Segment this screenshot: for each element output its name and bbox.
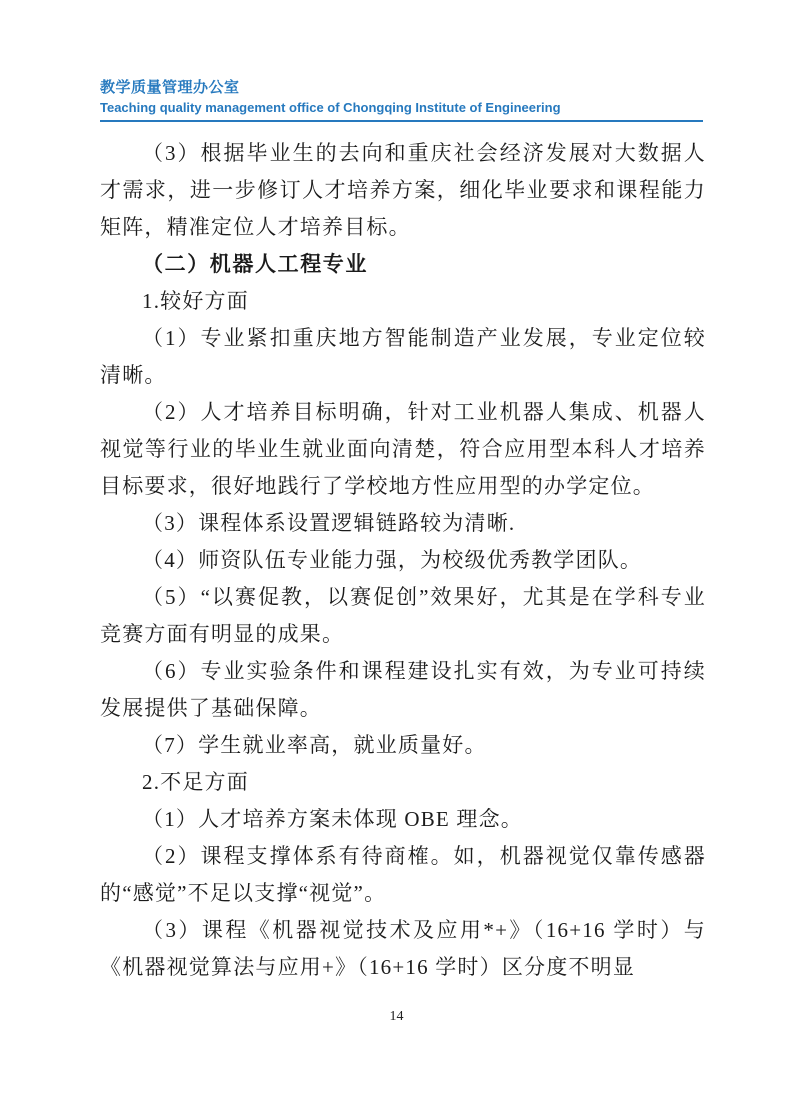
paragraph: （3）课程体系设置逻辑链路较为清晰. xyxy=(100,505,706,542)
paragraph: （2）人才培养目标明确，针对工业机器人集成、机器人视觉等行业的毕业生就业面向清楚… xyxy=(100,394,706,505)
section-heading: （二）机器人工程专业 xyxy=(100,246,706,283)
document-header: 教学质量管理办公室 Teaching quality management of… xyxy=(100,79,703,122)
paragraph: （3）课程《机器视觉技术及应用*+》（16+16 学时）与《机器视觉算法与应用+… xyxy=(100,912,706,986)
paragraph: （1）人才培养方案未体现 OBE 理念。 xyxy=(100,801,706,838)
subsection-heading: 1.较好方面 xyxy=(100,283,706,320)
paragraph: （6）专业实验条件和课程建设扎实有效，为专业可持续发展提供了基础保障。 xyxy=(100,653,706,727)
header-title-cn: 教学质量管理办公室 xyxy=(100,79,703,97)
paragraph: （3）根据毕业生的去向和重庆社会经济发展对大数据人才需求，进一步修订人才培养方案… xyxy=(100,135,706,246)
paragraph: （4）师资队伍专业能力强，为校级优秀教学团队。 xyxy=(100,542,706,579)
document-page: 教学质量管理办公室 Teaching quality management of… xyxy=(0,0,793,1096)
paragraph: （1）专业紧扣重庆地方智能制造产业发展，专业定位较清晰。 xyxy=(100,320,706,394)
header-title-en: Teaching quality management office of Ch… xyxy=(100,100,703,115)
document-body: （3）根据毕业生的去向和重庆社会经济发展对大数据人才需求，进一步修订人才培养方案… xyxy=(100,135,706,986)
paragraph: （5）“以赛促教，以赛促创”效果好，尤其是在学科专业竞赛方面有明显的成果。 xyxy=(100,579,706,653)
paragraph: （2）课程支撑体系有待商榷。如，机器视觉仅靠传感器的“感觉”不足以支撑“视觉”。 xyxy=(100,838,706,912)
subsection-heading: 2.不足方面 xyxy=(100,764,706,801)
paragraph: （7）学生就业率高，就业质量好。 xyxy=(100,727,706,764)
page-number: 14 xyxy=(0,1008,793,1026)
